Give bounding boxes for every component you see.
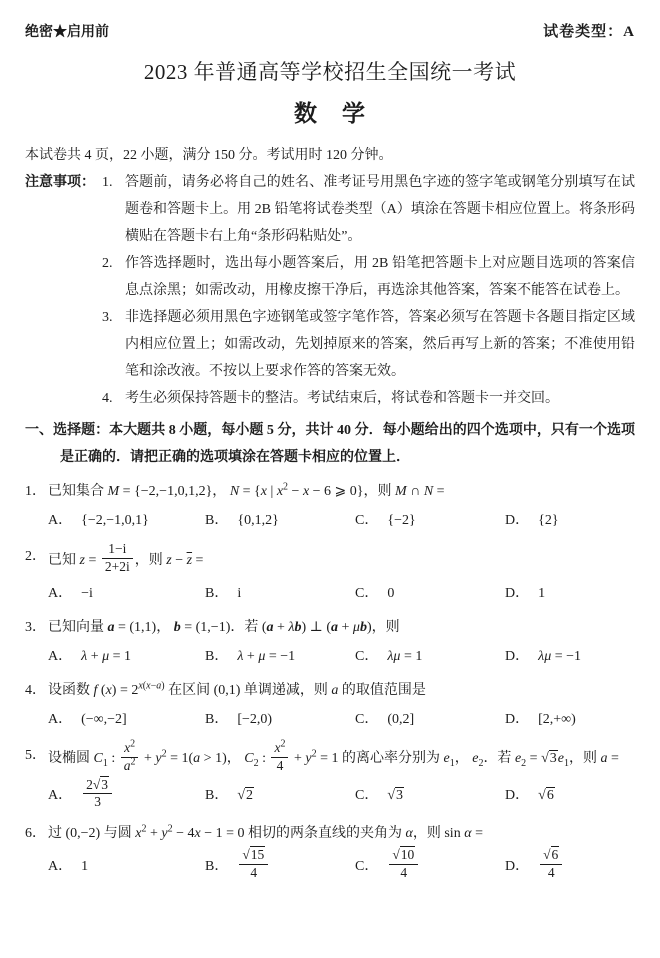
question-4: 4． 设函数 f (x) = 2x(x−a) 在区间 (0,1) 单调递减，则 …	[25, 677, 635, 733]
option-b: B．λ + μ = −1	[205, 643, 355, 670]
option-label: A．	[48, 513, 72, 528]
option-value: 1	[538, 586, 545, 601]
option-value: √154	[237, 859, 270, 874]
question-text: 已知 z = 1−i2+2i，则 z − z =	[48, 553, 203, 568]
question-text: 过 (0,−2) 与圆 x2 + y2 − 4x − 1 = 0 相切的两条直线…	[48, 826, 483, 841]
option-b: B．[−2,0)	[205, 706, 355, 733]
option-value: √104	[387, 859, 420, 874]
question-stem: 2． 已知 z = 1−i2+2i，则 z − z =	[25, 543, 635, 578]
classification-label: 绝密★启用前	[25, 21, 109, 41]
option-a: A．λ + μ = 1	[48, 643, 205, 670]
question-stem: 3． 已知向量 a = (1,1)， b = (1,−1)．若 (a + λb)…	[25, 614, 635, 641]
option-value: (−∞,−2]	[81, 712, 127, 727]
option-label: B．	[205, 649, 228, 664]
option-value: {2}	[538, 513, 558, 528]
options-row: A．1 B．√154 C．√104 D．√64	[48, 849, 635, 884]
question-stem: 1． 已知集合 M = {−2,−1,0,1,2}， N = {x | x2 −…	[25, 478, 635, 505]
option-label: C．	[355, 859, 378, 874]
question-text: 设椭圆 C1 : x2a2 + y2 = 1(a > 1)， C2 : x24 …	[48, 751, 619, 766]
exam-paper-page: 绝密★启用前 试卷类型：A 2023 年普通高等学校招生全国统一考试 数 学 本…	[0, 0, 660, 958]
option-a: A．{−2,−1,0,1}	[48, 507, 205, 534]
option-label: D．	[505, 712, 529, 727]
option-label: C．	[355, 712, 378, 727]
notice-item: 3. 非选择题必须用黑色字迹钢笔或签字笔作答，答案必须写在答题卡各题目指定区域内…	[100, 304, 635, 385]
option-a: A．(−∞,−2]	[48, 706, 205, 733]
option-label: A．	[48, 586, 72, 601]
notice-item: 4. 考生必须保持答题卡的整洁。考试结束后，将试卷和答题卡一并交回。	[100, 385, 635, 412]
option-b: B．√2	[205, 782, 355, 809]
option-value: −i	[81, 586, 93, 601]
option-value: [2,+∞)	[538, 712, 576, 727]
option-label: A．	[48, 712, 72, 727]
option-b: B．i	[205, 580, 355, 607]
section-heading: 一、选择题：本大题共 8 小题，每小题 5 分，共计 40 分．每小题给出的四个…	[25, 417, 635, 471]
option-d: D．√6	[505, 782, 635, 809]
question-number: 3．	[25, 614, 46, 641]
notice-item-text: 作答选择题时，选出每小题答案后，用 2B 铅笔把答题卡上对应题目选项的答案信息点…	[125, 256, 635, 298]
option-value: {0,1,2}	[237, 513, 278, 528]
notice-item-text: 非选择题必须用黑色字迹钢笔或签字笔作答，答案必须写在答题卡各题目指定区域内相应位…	[125, 310, 635, 379]
question-stem: 4． 设函数 f (x) = 2x(x−a) 在区间 (0,1) 单调递减，则 …	[25, 677, 635, 704]
option-value: (0,2]	[387, 712, 414, 727]
option-value: 2√33	[81, 788, 114, 803]
option-value: λμ = −1	[538, 649, 581, 664]
paper-type-label: 试卷类型：A	[543, 20, 635, 41]
option-value: [−2,0)	[237, 712, 272, 727]
option-label: D．	[505, 649, 529, 664]
question-number: 1．	[25, 478, 46, 505]
option-c: C．(0,2]	[355, 706, 505, 733]
option-value: √6	[538, 787, 555, 803]
option-value: 0	[387, 586, 394, 601]
option-a: A．2√33	[48, 779, 205, 814]
option-c: C．√104	[355, 849, 505, 884]
question-stem: 5． 设椭圆 C1 : x2a2 + y2 = 1(a > 1)， C2 : x…	[25, 742, 635, 777]
option-c: C．√3	[355, 782, 505, 809]
option-label: A．	[48, 788, 72, 803]
option-label: C．	[355, 788, 378, 803]
option-label: D．	[505, 586, 529, 601]
option-label: A．	[48, 649, 72, 664]
option-d: D．[2,+∞)	[505, 706, 635, 733]
notice-item-text: 考生必须保持答题卡的整洁。考试结束后，将试卷和答题卡一并交回。	[125, 391, 559, 406]
notice-label: 注意事项：	[25, 169, 95, 196]
option-value: √2	[237, 787, 254, 803]
option-value: λ + μ = 1	[81, 649, 131, 664]
option-label: B．	[205, 859, 228, 874]
exam-intro: 本试卷共 4 页，22 小题，满分 150 分。考试用时 120 分钟。	[25, 142, 635, 169]
option-b: B．√154	[205, 849, 355, 884]
options-row: A．λ + μ = 1 B．λ + μ = −1 C．λμ = 1 D．λμ =…	[48, 643, 635, 670]
options-row: A．(−∞,−2] B．[−2,0) C．(0,2] D．[2,+∞)	[48, 706, 635, 733]
option-value: λ + μ = −1	[237, 649, 295, 664]
option-d: D．{2}	[505, 507, 635, 534]
option-value: {−2}	[387, 513, 415, 528]
option-label: A．	[48, 859, 72, 874]
question-text: 已知集合 M = {−2,−1,0,1,2}， N = {x | x2 − x …	[48, 484, 445, 499]
option-label: C．	[355, 513, 378, 528]
option-d: D．√64	[505, 849, 635, 884]
notice-item: 1. 答题前，请务必将自己的姓名、准考证号用黑色字迹的签字笔或钢笔分别填写在试题…	[100, 169, 635, 250]
option-label: B．	[205, 788, 228, 803]
exam-title: 2023 年普通高等学校招生全国统一考试	[25, 56, 635, 86]
option-d: D．1	[505, 580, 635, 607]
question-number: 6．	[25, 820, 46, 847]
question-number: 4．	[25, 677, 46, 704]
option-label: B．	[205, 513, 228, 528]
question-text: 设函数 f (x) = 2x(x−a) 在区间 (0,1) 单调递减，则 a 的…	[48, 683, 426, 698]
notice-item-number: 1.	[102, 169, 113, 196]
notice-item-number: 2.	[102, 250, 113, 277]
option-value: λμ = 1	[387, 649, 422, 664]
option-a: A．1	[48, 853, 205, 880]
question-stem: 6． 过 (0,−2) 与圆 x2 + y2 − 4x − 1 = 0 相切的两…	[25, 820, 635, 847]
question-5: 5． 设椭圆 C1 : x2a2 + y2 = 1(a > 1)， C2 : x…	[25, 742, 635, 814]
question-1: 1． 已知集合 M = {−2,−1,0,1,2}， N = {x | x2 −…	[25, 478, 635, 534]
document-header: 绝密★启用前 试卷类型：A	[25, 20, 635, 41]
option-label: B．	[205, 712, 228, 727]
option-label: D．	[505, 513, 529, 528]
option-a: A．−i	[48, 580, 205, 607]
question-2: 2． 已知 z = 1−i2+2i，则 z − z = A．−i B．i C．0…	[25, 543, 635, 607]
options-row: A．2√33 B．√2 C．√3 D．√6	[48, 779, 635, 814]
option-value: 1	[81, 859, 88, 874]
option-value: √64	[538, 859, 564, 874]
notice-item-text: 答题前，请务必将自己的姓名、准考证号用黑色字迹的签字笔或钢笔分别填写在试题卷和答…	[125, 175, 635, 244]
option-label: C．	[355, 649, 378, 664]
question-3: 3． 已知向量 a = (1,1)， b = (1,−1)．若 (a + λb)…	[25, 614, 635, 670]
option-c: C．λμ = 1	[355, 643, 505, 670]
option-b: B．{0,1,2}	[205, 507, 355, 534]
option-label: B．	[205, 586, 228, 601]
notice-item-number: 4.	[102, 385, 113, 412]
exam-subject: 数 学	[25, 95, 635, 128]
question-number: 2．	[25, 543, 46, 570]
question-text: 已知向量 a = (1,1)， b = (1,−1)．若 (a + λb) ⊥ …	[48, 620, 400, 635]
options-row: A．−i B．i C．0 D．1	[48, 580, 635, 607]
notice-item-number: 3.	[102, 304, 113, 331]
option-label: D．	[505, 788, 529, 803]
question-number: 5．	[25, 742, 46, 769]
option-c: C．{−2}	[355, 507, 505, 534]
option-d: D．λμ = −1	[505, 643, 635, 670]
option-label: C．	[355, 586, 378, 601]
option-value: i	[237, 586, 241, 601]
notice-item: 2. 作答选择题时，选出每小题答案后，用 2B 铅笔把答题卡上对应题目选项的答案…	[100, 250, 635, 304]
option-label: D．	[505, 859, 529, 874]
options-row: A．{−2,−1,0,1} B．{0,1,2} C．{−2} D．{2}	[48, 507, 635, 534]
option-c: C．0	[355, 580, 505, 607]
option-value: {−2,−1,0,1}	[81, 513, 149, 528]
notice-block: 注意事项： 1. 答题前，请务必将自己的姓名、准考证号用黑色字迹的签字笔或钢笔分…	[25, 169, 635, 412]
question-6: 6． 过 (0,−2) 与圆 x2 + y2 − 4x − 1 = 0 相切的两…	[25, 820, 635, 884]
option-value: √3	[387, 787, 404, 803]
